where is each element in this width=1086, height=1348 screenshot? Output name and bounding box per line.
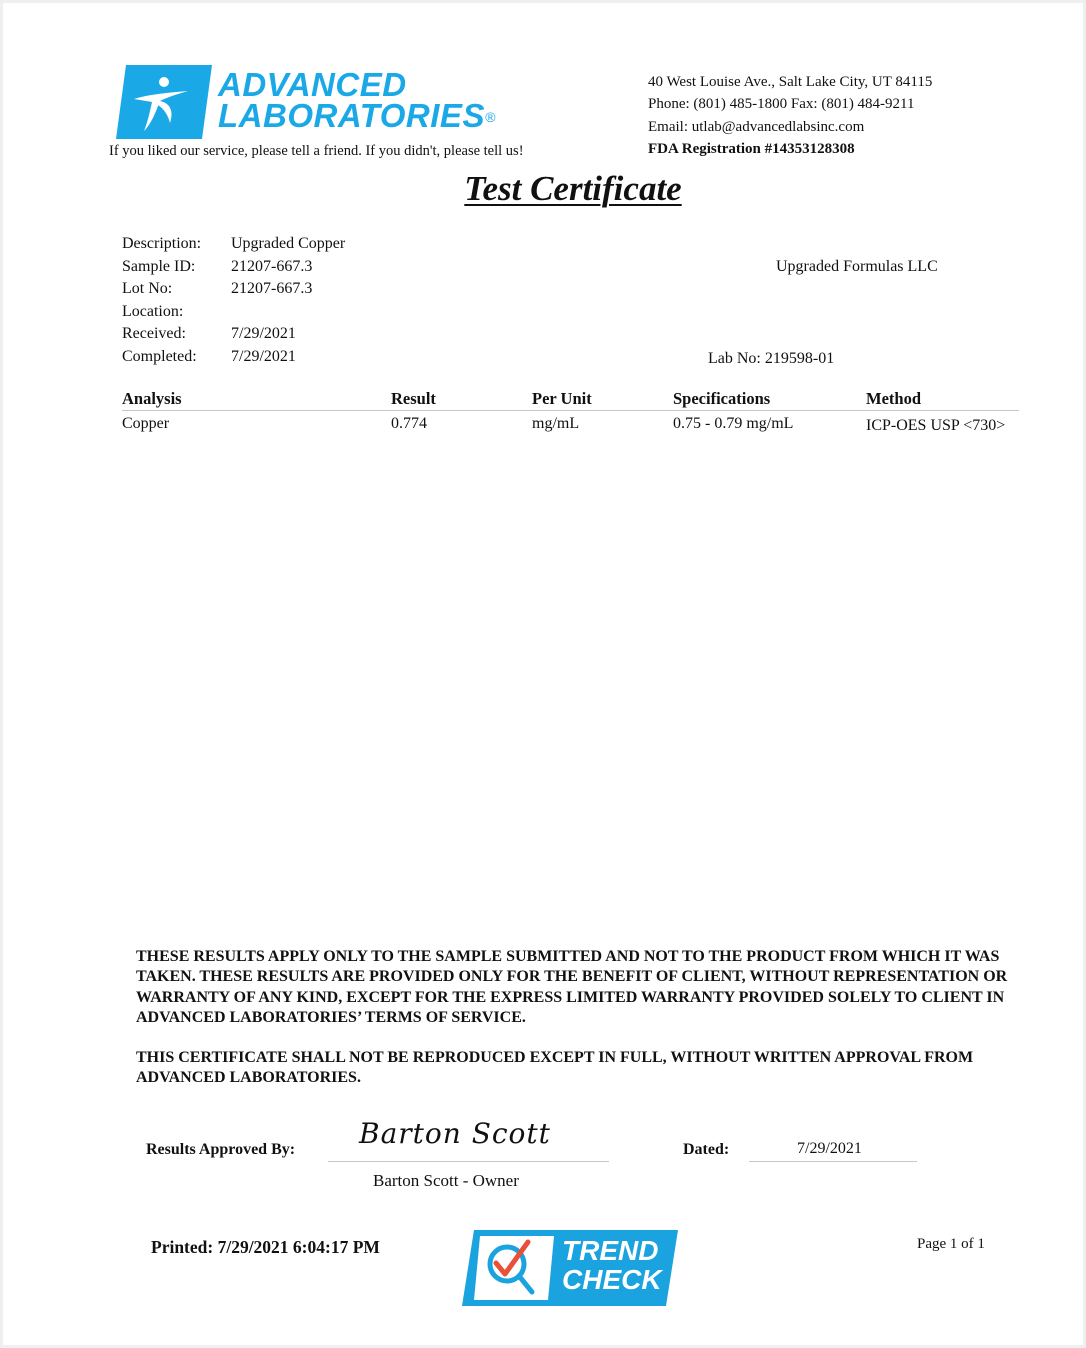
dated-value: 7/29/2021 bbox=[797, 1140, 862, 1158]
disclaimer-paragraph-2: THIS CERTIFICATE SHALL NOT BE REPRODUCED… bbox=[136, 1048, 1016, 1089]
lab-email: Email: utlab@advancedlabsinc.com bbox=[648, 119, 864, 136]
signer-name: Barton Scott - Owner bbox=[373, 1171, 519, 1191]
header-result: Result bbox=[391, 389, 436, 409]
badge-line-2: CHECK bbox=[562, 1265, 662, 1294]
certificate-page: ADVANCED LABORATORIES® If you liked our … bbox=[3, 3, 1083, 1345]
disclaimer-paragraph-1: THESE RESULTS APPLY ONLY TO THE SAMPLE S… bbox=[136, 947, 1016, 1028]
lot-no-label: Lot No: bbox=[122, 280, 172, 298]
cell-result: 0.774 bbox=[391, 415, 427, 433]
disclaimer: THESE RESULTS APPLY ONLY TO THE SAMPLE S… bbox=[136, 947, 1016, 1109]
received-value: 7/29/2021 bbox=[231, 325, 296, 343]
header-per-unit: Per Unit bbox=[532, 389, 592, 409]
dated-label: Dated: bbox=[683, 1141, 729, 1159]
page-number: Page 1 of 1 bbox=[917, 1236, 985, 1253]
lot-no-value: 21207-667.3 bbox=[231, 280, 312, 298]
tagline: If you liked our service, please tell a … bbox=[109, 143, 524, 160]
header-analysis: Analysis bbox=[122, 389, 182, 409]
advanced-labs-wordmark: ADVANCED LABORATORIES® bbox=[218, 69, 496, 131]
sample-id-value: 21207-667.3 bbox=[231, 258, 312, 276]
received-label: Received: bbox=[122, 325, 186, 343]
logo-line-2: LABORATORIES bbox=[218, 97, 485, 134]
cell-analysis: Copper bbox=[122, 415, 169, 433]
cell-unit: mg/mL bbox=[532, 415, 579, 433]
description-label: Description: bbox=[122, 235, 201, 253]
printed-timestamp: Printed: 7/29/2021 6:04:17 PM bbox=[151, 1237, 380, 1258]
client-name: Upgraded Formulas LLC bbox=[776, 258, 938, 276]
cell-method: ICP-OES USP <730> bbox=[866, 415, 1006, 436]
logo-line-1: ADVANCED bbox=[218, 69, 496, 100]
advanced-labs-logo-icon bbox=[116, 65, 212, 139]
completed-value: 7/29/2021 bbox=[231, 348, 296, 366]
registered-mark: ® bbox=[485, 109, 496, 125]
location-label: Location: bbox=[122, 303, 183, 321]
header-method: Method bbox=[866, 389, 921, 409]
approved-by-label: Results Approved By: bbox=[146, 1141, 295, 1159]
cell-spec: 0.75 - 0.79 mg/mL bbox=[673, 415, 793, 433]
completed-label: Completed: bbox=[122, 348, 197, 366]
lab-address: 40 West Louise Ave., Salt Lake City, UT … bbox=[648, 74, 932, 91]
header-specifications: Specifications bbox=[673, 389, 770, 409]
signature: Barton Scott bbox=[359, 1117, 551, 1150]
lab-phone-fax: Phone: (801) 485-1800 Fax: (801) 484-921… bbox=[648, 96, 915, 113]
lab-number: Lab No: 219598-01 bbox=[708, 350, 834, 368]
description-value: Upgraded Copper bbox=[231, 235, 345, 253]
fda-registration: FDA Registration #14353128308 bbox=[648, 141, 855, 158]
signature-line bbox=[328, 1161, 609, 1162]
table-header-rule bbox=[122, 410, 1019, 411]
sample-id-label: Sample ID: bbox=[122, 258, 195, 276]
badge-line-1: TREND bbox=[562, 1236, 662, 1265]
dated-line bbox=[749, 1161, 917, 1162]
trend-check-badge: TREND CHECK bbox=[462, 1230, 678, 1306]
page-title: Test Certificate bbox=[3, 169, 1086, 209]
